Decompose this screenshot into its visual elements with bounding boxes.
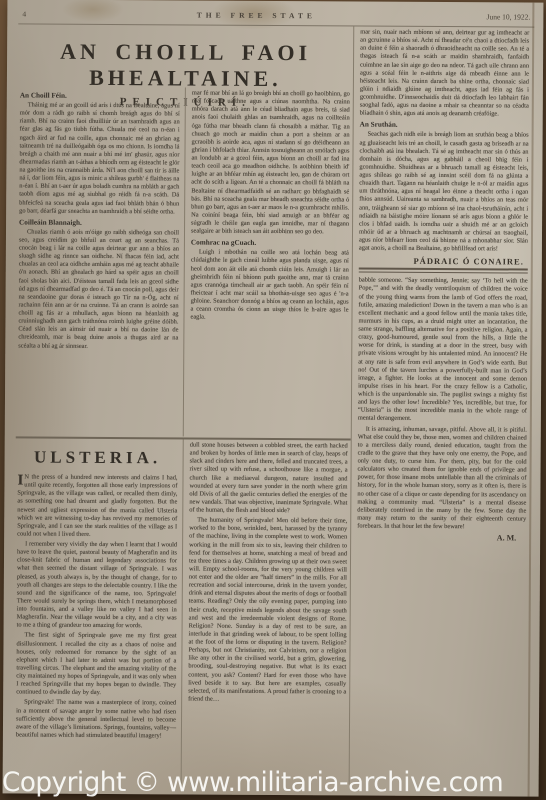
english-article-title: ULSTERIA.: [18, 447, 178, 468]
english-paragraph: Springvale! The name was a masterpiece o…: [16, 699, 176, 741]
irish-paragraph: Chualas riamh ó aois m'óige go raibh sid…: [18, 228, 179, 351]
irish-paragraph: Tháinig mé ar an gcoill úd arís i dtús n…: [19, 101, 180, 216]
irish-paragraph: Luigh i mbothán na coille seo atá lochán…: [190, 249, 348, 323]
english-article-columns: ULSTERIA. IN the press of a hundred new …: [14, 438, 351, 784]
column-2-english: dull stone houses between a cobbled stre…: [181, 439, 351, 784]
issue-date: June 10, 1922.: [487, 12, 531, 21]
column-2-irish: mar fé mar bhí an lá go breágh bhí an ch…: [183, 87, 353, 437]
column-1-english: ULSTERIA. IN the press of a hundred new …: [14, 438, 183, 783]
english-paragraph: The humanity of Springvale! Men old befo…: [188, 517, 347, 705]
section-heading-choill-fein: An Choill Féin.: [20, 91, 180, 100]
section-heading-comhrac: Comhrac na gCuach.: [191, 239, 349, 248]
english-paragraph: babble someone. “Say something, Jennie; …: [358, 277, 528, 424]
column-1-irish: An Choill Féin. Tháinig mé ar an gcoill …: [16, 86, 185, 436]
english-paragraph: dull stone houses between a cobbled stre…: [189, 441, 347, 515]
double-rule: [359, 268, 528, 274]
section-heading-sruthan: An Sruthán.: [360, 121, 529, 130]
english-paragraph: IN the press of a hundred new interests …: [17, 473, 177, 539]
page-body: AN CHOILL FAOI BHEALTAINE. PEICTIÚIRÍ. A…: [14, 24, 535, 785]
section-heading-coilleain: Coilleáin Blannaigh.: [19, 218, 179, 227]
english-paragraph: The first sight of Springvale gave me my…: [16, 632, 176, 698]
masthead-title: THE FREE STATE: [197, 11, 316, 21]
irish-article-title: AN CHOILL FAOI BHEALTAINE.: [18, 38, 353, 92]
irish-article-signature: PÁDRAIC Ó CONAIRE.: [359, 256, 524, 267]
english-paragraph: It is amazing, inhuman, savage, pitiful.…: [357, 425, 527, 532]
irish-paragraph: mar sin, nuair nach mbíonn sé ann, deirt…: [360, 29, 530, 119]
irish-paragraph: Seachas gach nidh eile is breágh liom an…: [359, 131, 529, 254]
column-3: mar sin, nuair nach mbíonn sé ann, deirt…: [349, 26, 532, 785]
irish-article-columns: An Choill Féin. Tháinig mé ar an gcoill …: [16, 86, 353, 437]
english-paragraph: I remember very vividly the day when I l…: [17, 540, 178, 630]
newspaper-page: 4 THE FREE STATE June 10, 1922. AN CHOIL…: [3, 0, 544, 797]
english-article-signature: A. M.: [357, 533, 516, 543]
irish-article-title-block: AN CHOILL FAOI BHEALTAINE. PEICTIÚIRÍ.: [18, 24, 353, 88]
copyright-watermark: Copyright © www.militaria-archive.com: [2, 767, 503, 798]
page-number: 4: [22, 9, 26, 18]
paragraph-text: N the press of a hundred new interests a…: [17, 473, 177, 537]
irish-paragraph: mar fé mar bhí an lá go breágh bhí an ch…: [191, 89, 350, 236]
left-section: AN CHOILL FAOI BHEALTAINE. PEICTIÚIRÍ. A…: [14, 24, 354, 784]
